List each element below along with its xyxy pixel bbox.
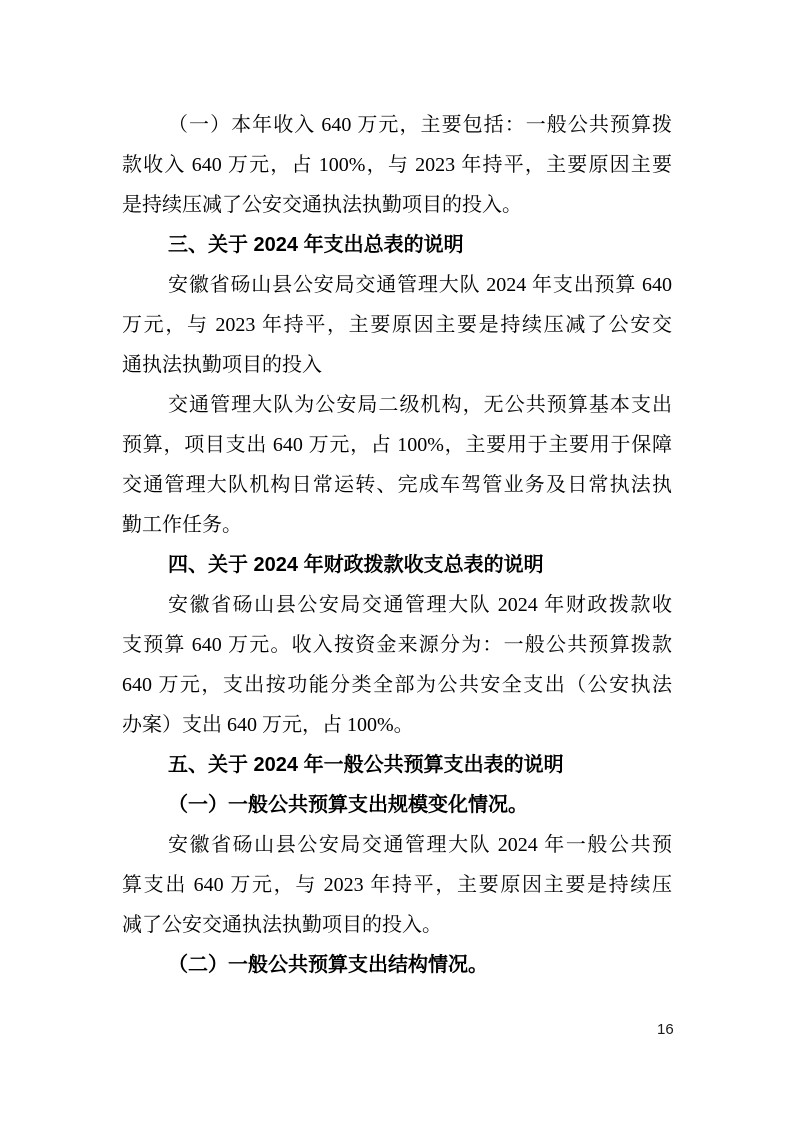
text-line: 款收入 640 万元，占 100%，与 2023 年持平，主要原因主要 [122, 145, 672, 185]
text-line: 减了公安交通执法执勤项目的投入。 [122, 905, 672, 945]
paragraph-budget-scale: 安徽省砀山县公安局交通管理大队 2024 年一般公共预 算支出 640 万元，与… [122, 825, 672, 945]
text-line: 安徽省砀山县公安局交通管理大队 2024 年一般公共预 [122, 825, 672, 865]
text-line: 办案）支出 640 万元，占 100%。 [122, 705, 672, 745]
text-line: 是持续压减了公安交通执法执勤项目的投入。 [122, 185, 672, 225]
text-line: 安徽省砀山县公安局交通管理大队 2024 年财政拨款收 [122, 585, 672, 625]
subsection-5-1-heading: （一）一般公共预算支出规模变化情况。 [122, 785, 672, 825]
text-line: 万元，与 2023 年持平，主要原因主要是持续压减了公安交 [122, 305, 672, 345]
text-line: 安徽省砀山县公安局交通管理大队 2024 年支出预算 640 [122, 265, 672, 305]
document-page: （一）本年收入 640 万元，主要包括：一般公共预算拨 款收入 640 万元，占… [0, 0, 793, 1122]
text-line: （一）本年收入 640 万元，主要包括：一般公共预算拨 [122, 105, 672, 145]
paragraph-income-detail: （一）本年收入 640 万元，主要包括：一般公共预算拨 款收入 640 万元，占… [122, 105, 672, 225]
text-line: 通执法执勤项目的投入 [122, 345, 672, 385]
text-line: 交通管理大队为公安局二级机构，无公共预算基本支出 [122, 385, 672, 425]
paragraph-expenditure-summary: 安徽省砀山县公安局交通管理大队 2024 年支出预算 640 万元，与 2023… [122, 265, 672, 385]
section-5-heading: 五、关于 2024 年一般公共预算支出表的说明 [122, 745, 672, 785]
document-content: （一）本年收入 640 万元，主要包括：一般公共预算拨 款收入 640 万元，占… [122, 105, 672, 985]
text-line: 算支出 640 万元，与 2023 年持平，主要原因主要是持续压 [122, 865, 672, 905]
section-3-heading: 三、关于 2024 年支出总表的说明 [122, 225, 672, 265]
paragraph-fiscal-allocation: 安徽省砀山县公安局交通管理大队 2024 年财政拨款收 支预算 640 万元。收… [122, 585, 672, 745]
page-number: 16 [657, 1020, 697, 1040]
text-line: 交通管理大队机构日常运转、完成车驾管业务及日常执法执 [122, 465, 672, 505]
paragraph-project-expenditure: 交通管理大队为公安局二级机构，无公共预算基本支出 预算，项目支出 640 万元，… [122, 385, 672, 545]
text-line: 勤工作任务。 [122, 505, 672, 545]
section-4-heading: 四、关于 2024 年财政拨款收支总表的说明 [122, 545, 672, 585]
subsection-5-2-heading: （二）一般公共预算支出结构情况。 [122, 945, 672, 985]
text-line: 预算，项目支出 640 万元，占 100%，主要用于主要用于保障 [122, 425, 672, 465]
text-line: 支预算 640 万元。收入按资金来源分为：一般公共预算拨款 [122, 625, 672, 665]
text-line: 640 万元，支出按功能分类全部为公共安全支出（公安执法 [122, 665, 672, 705]
